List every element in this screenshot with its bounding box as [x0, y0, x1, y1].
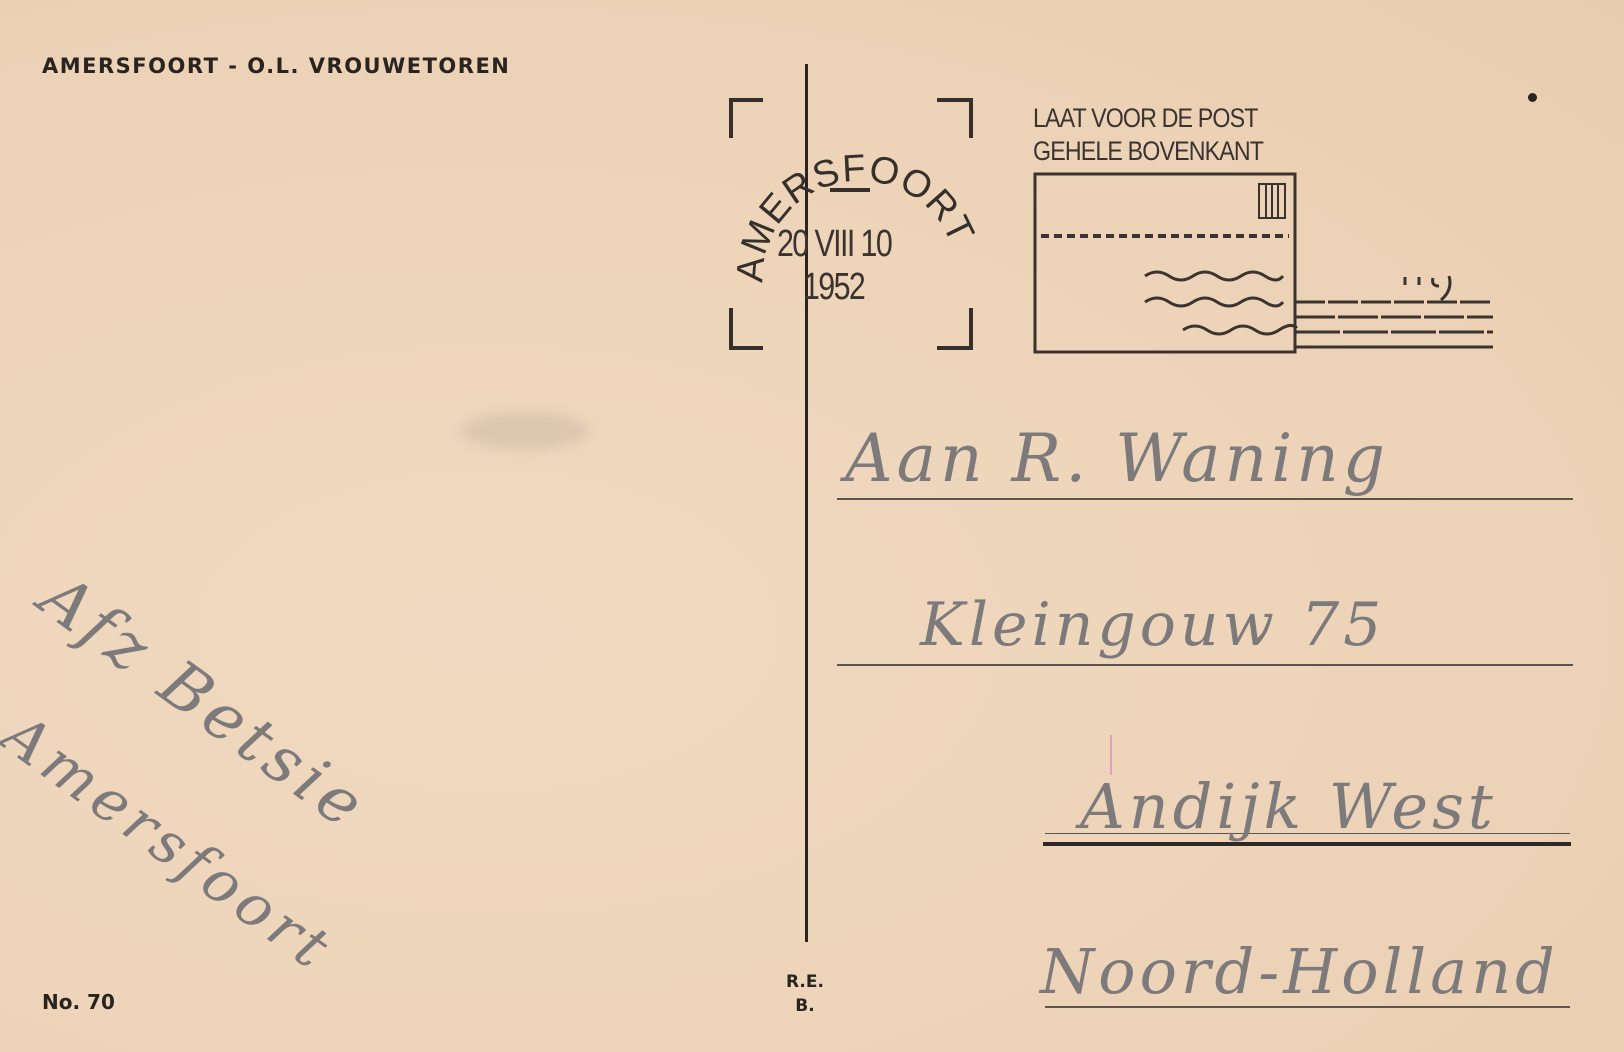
address-line-town: Andijk West	[1080, 770, 1497, 843]
envelope-pictogram	[1033, 172, 1493, 357]
card-title: AMERSFOORT - O.L. VROUWETOREN	[42, 54, 510, 78]
smudge	[460, 412, 590, 450]
postmark-date: 20 VIII 10	[777, 223, 891, 266]
envelope-with-stamp-icon	[1033, 172, 1493, 357]
wavy-cancel-lines-icon	[1145, 272, 1297, 334]
ink-dot	[1528, 93, 1537, 102]
slogan-line-1: LAAT VOOR DE POST	[1033, 102, 1263, 135]
publisher-mark-line-1: R.E.	[780, 970, 830, 994]
publisher-mark-line-2: B.	[780, 994, 830, 1018]
postmark-slogan: LAAT VOOR DE POST GEHELE BOVENKANT	[1033, 102, 1263, 168]
address-rule-2	[837, 664, 1573, 666]
publisher-mark: R.E. B.	[780, 970, 830, 1018]
slogan-line-2: GEHELE BOVENKANT	[1033, 135, 1263, 168]
card-number: No. 70	[42, 990, 115, 1014]
address-line-recipient: Aan R. Waning	[845, 420, 1389, 497]
postmark-year: 1952	[803, 266, 864, 309]
address-rule-1	[837, 498, 1573, 500]
magenta-mark	[1110, 735, 1122, 775]
postmark: AMERSFOORT 20 VIII 10 1952	[725, 98, 975, 353]
address-line-street: Kleingouw 75	[920, 590, 1385, 660]
address-line-province: Noord-Holland	[1040, 935, 1559, 1008]
